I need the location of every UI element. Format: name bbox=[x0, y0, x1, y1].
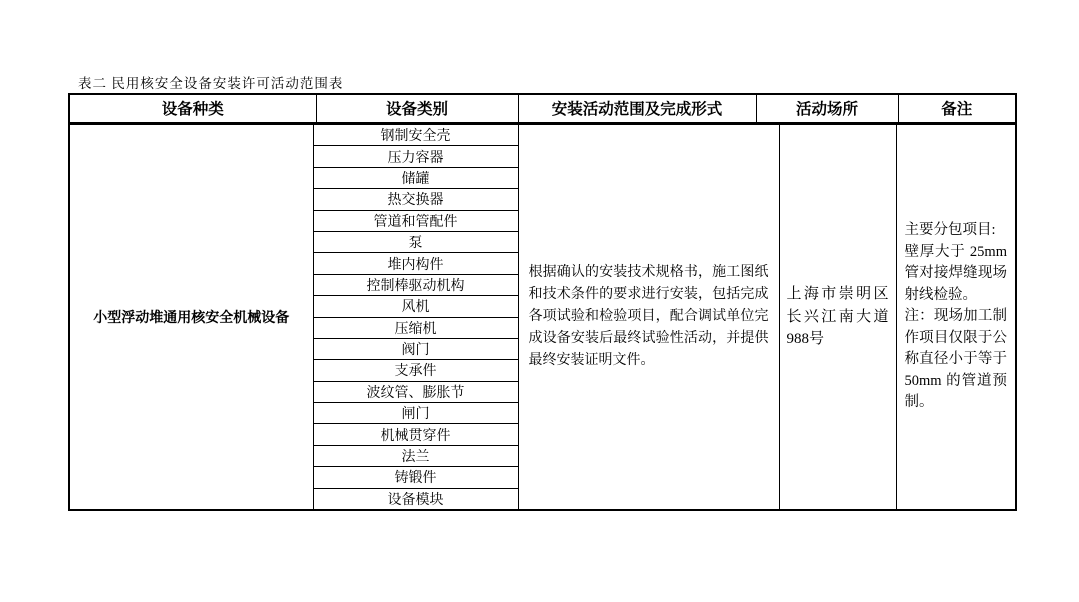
col-header-activity-scope: 安装活动范围及完成形式 bbox=[518, 94, 756, 123]
category-cell: 支承件 bbox=[313, 360, 518, 381]
col-header-activity-location: 活动场所 bbox=[756, 94, 898, 123]
category-cell: 热交换器 bbox=[313, 189, 518, 210]
document-page: 表二 民用核安全设备安装许可活动范围表 设备种类 设备类别 安装活动范围及完成形… bbox=[0, 0, 1079, 602]
category-cell: 机械贯穿件 bbox=[313, 424, 518, 445]
remarks-paragraph: 注：现场加工制作项目仅限于公称直径小于等于 50mm 的管道预制。 bbox=[905, 306, 1008, 414]
activity-scope-cell: 根据确认的安装技术规格书，施工图纸和技术条件的要求进行安装，包括完成各项试验和检… bbox=[518, 125, 779, 510]
location-line: 上海市崇明区 bbox=[787, 283, 889, 306]
location-line: 长兴江南大道 bbox=[787, 306, 889, 329]
category-cell: 钢制安全壳 bbox=[313, 125, 518, 146]
category-cell: 波纹管、膨胀节 bbox=[313, 381, 518, 402]
category-cell: 设备模块 bbox=[313, 488, 518, 510]
category-cell: 堆内构件 bbox=[313, 253, 518, 274]
category-cell: 法兰 bbox=[313, 445, 518, 466]
category-cell: 控制棒驱动机构 bbox=[313, 274, 518, 295]
remarks-cell: 主要分包项目: 壁厚大于 25mm 管对接焊缝现场射线检验。 注：现场加工制作项… bbox=[896, 125, 1016, 510]
col-header-equipment-category: 设备类别 bbox=[316, 94, 518, 123]
category-cell: 压力容器 bbox=[313, 146, 518, 167]
category-cell: 风机 bbox=[313, 296, 518, 317]
location-line: 988号 bbox=[787, 328, 889, 351]
table-row: 小型浮动堆通用核安全机械设备 钢制安全壳 根据确认的安装技术规格书，施工图纸和技… bbox=[69, 125, 1016, 146]
category-cell: 铸锻件 bbox=[313, 467, 518, 488]
table-header-row: 设备种类 设备类别 安装活动范围及完成形式 活动场所 备注 bbox=[68, 93, 1017, 124]
category-cell: 泵 bbox=[313, 231, 518, 252]
header-row: 设备种类 设备类别 安装活动范围及完成形式 活动场所 备注 bbox=[69, 94, 1016, 123]
category-cell: 压缩机 bbox=[313, 317, 518, 338]
table-body: 小型浮动堆通用核安全机械设备 钢制安全壳 根据确认的安装技术规格书，施工图纸和技… bbox=[68, 124, 1017, 511]
remarks-paragraph: 壁厚大于 25mm 管对接焊缝现场射线检验。 bbox=[905, 242, 1008, 307]
category-cell: 储罐 bbox=[313, 167, 518, 188]
activity-location-cell: 上海市崇明区 长兴江南大道 988号 bbox=[779, 125, 896, 510]
category-cell: 阀门 bbox=[313, 338, 518, 359]
col-header-remarks: 备注 bbox=[898, 94, 1016, 123]
category-cell: 闸门 bbox=[313, 403, 518, 424]
license-scope-table: 设备种类 设备类别 安装活动范围及完成形式 活动场所 备注 小型浮动堆通用核安全… bbox=[68, 93, 1015, 511]
equipment-type-cell: 小型浮动堆通用核安全机械设备 bbox=[69, 125, 313, 510]
table-caption: 表二 民用核安全设备安装许可活动范围表 bbox=[78, 72, 343, 92]
col-header-equipment-type: 设备种类 bbox=[69, 94, 316, 123]
remarks-paragraph: 主要分包项目: bbox=[905, 220, 1008, 242]
category-cell: 管道和管配件 bbox=[313, 210, 518, 231]
activity-scope-text: 根据确认的安装技术规格书，施工图纸和技术条件的要求进行安装，包括完成各项试验和检… bbox=[529, 262, 769, 372]
